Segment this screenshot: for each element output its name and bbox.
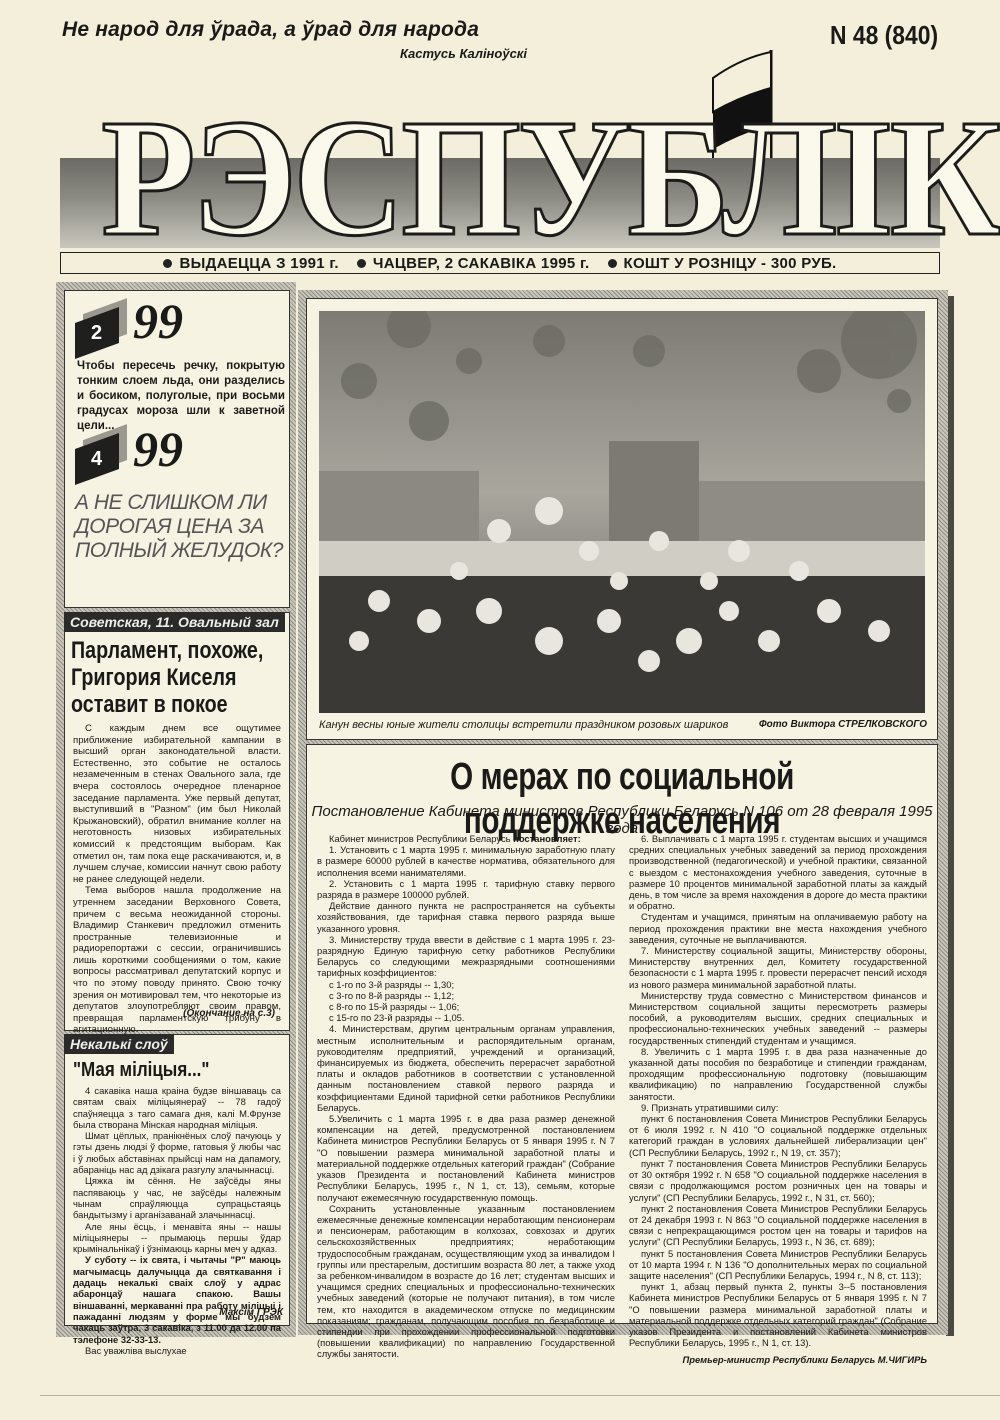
photo-caption: Канун весны юные жители столицы встретил… <box>319 719 728 731</box>
info-price: КОШТ У РОЗНІЦУ - 300 РУБ. <box>608 255 837 272</box>
masthead-motto: Не народ для ўрада, а ўрад для народа <box>62 18 479 42</box>
continuation-note: (Окончание на с.3) <box>183 1008 275 1019</box>
quote-text: А НЕ СЛИШКОМ ЛИ ДОРОГАЯ ЦЕНА ЗА ПОЛНЫЙ Ж… <box>75 491 285 563</box>
bullet-icon <box>163 259 172 268</box>
page-bottom-rule <box>40 1395 1000 1396</box>
militia-article: Некалькі слоў "Мая міліцыя..." 4 сакавік… <box>64 1034 290 1326</box>
bullet-icon <box>608 259 617 268</box>
photo-box: Канун весны юные жители столицы встретил… <box>306 298 938 740</box>
article-subtitle: Постановление Кабинета министров Республ… <box>307 803 937 837</box>
info-date: ЧАЦВЕР, 2 САКАВІКА 1995 г. <box>357 255 590 272</box>
decree-signature: Премьер-министр Республики Беларусь М.ЧИ… <box>629 1354 927 1365</box>
left-column: 2 99 Чтобы пересечь речку, покрытую тонк… <box>56 282 296 1337</box>
bullet-icon <box>357 259 366 268</box>
newspaper-title: РЭСПУБЛІКА <box>101 98 911 258</box>
quote-mark-icon: 99 <box>133 301 183 341</box>
issue-number: N 48 (840) <box>830 20 938 51</box>
article-headline: "Мая міліцыя..." <box>73 1059 209 1082</box>
motto-author: Кастусь Каліноўскі <box>400 46 527 61</box>
info-founded: ВЫДАЕЦЦА З 1991 г. <box>163 255 338 272</box>
article-body: С каждым днем все ощутимее приближение и… <box>73 723 281 1036</box>
article-headline: Парламент, похоже, Григория Киселя остав… <box>71 637 284 718</box>
photo-credit: Фото Виктора СТРЕЛКОВСКОГО <box>759 719 927 730</box>
page-badge-2: 2 <box>75 307 119 359</box>
quote-mark-icon: 99 <box>133 429 183 469</box>
decree-column-1: Кабинет министров Республики Беларусь по… <box>317 833 615 1360</box>
parliament-article: Советская, 11. Овальный зал Парламент, п… <box>64 612 290 1031</box>
page-badge-4: 4 <box>75 433 119 485</box>
balloons-photo <box>319 311 925 713</box>
quotes-box: 2 99 Чтобы пересечь речку, покрытую тонк… <box>64 290 290 608</box>
info-bar: ВЫДАЕЦЦА З 1991 г. ЧАЦВЕР, 2 САКАВІКА 19… <box>60 252 940 274</box>
right-column: Канун весны юные жители столицы встретил… <box>298 290 948 1335</box>
rubric-label: Советская, 11. Овальный зал <box>64 612 285 632</box>
rubric-label: Некалькі слоў <box>64 1034 174 1054</box>
author-signature: Максім ГРЭК <box>219 1307 283 1318</box>
decree-article: О мерах по социальной поддержке населени… <box>306 744 938 1324</box>
photo-image <box>319 311 925 713</box>
decree-column-2: 6. Выплачивать с 1 марта 1995 г. студент… <box>629 833 927 1366</box>
